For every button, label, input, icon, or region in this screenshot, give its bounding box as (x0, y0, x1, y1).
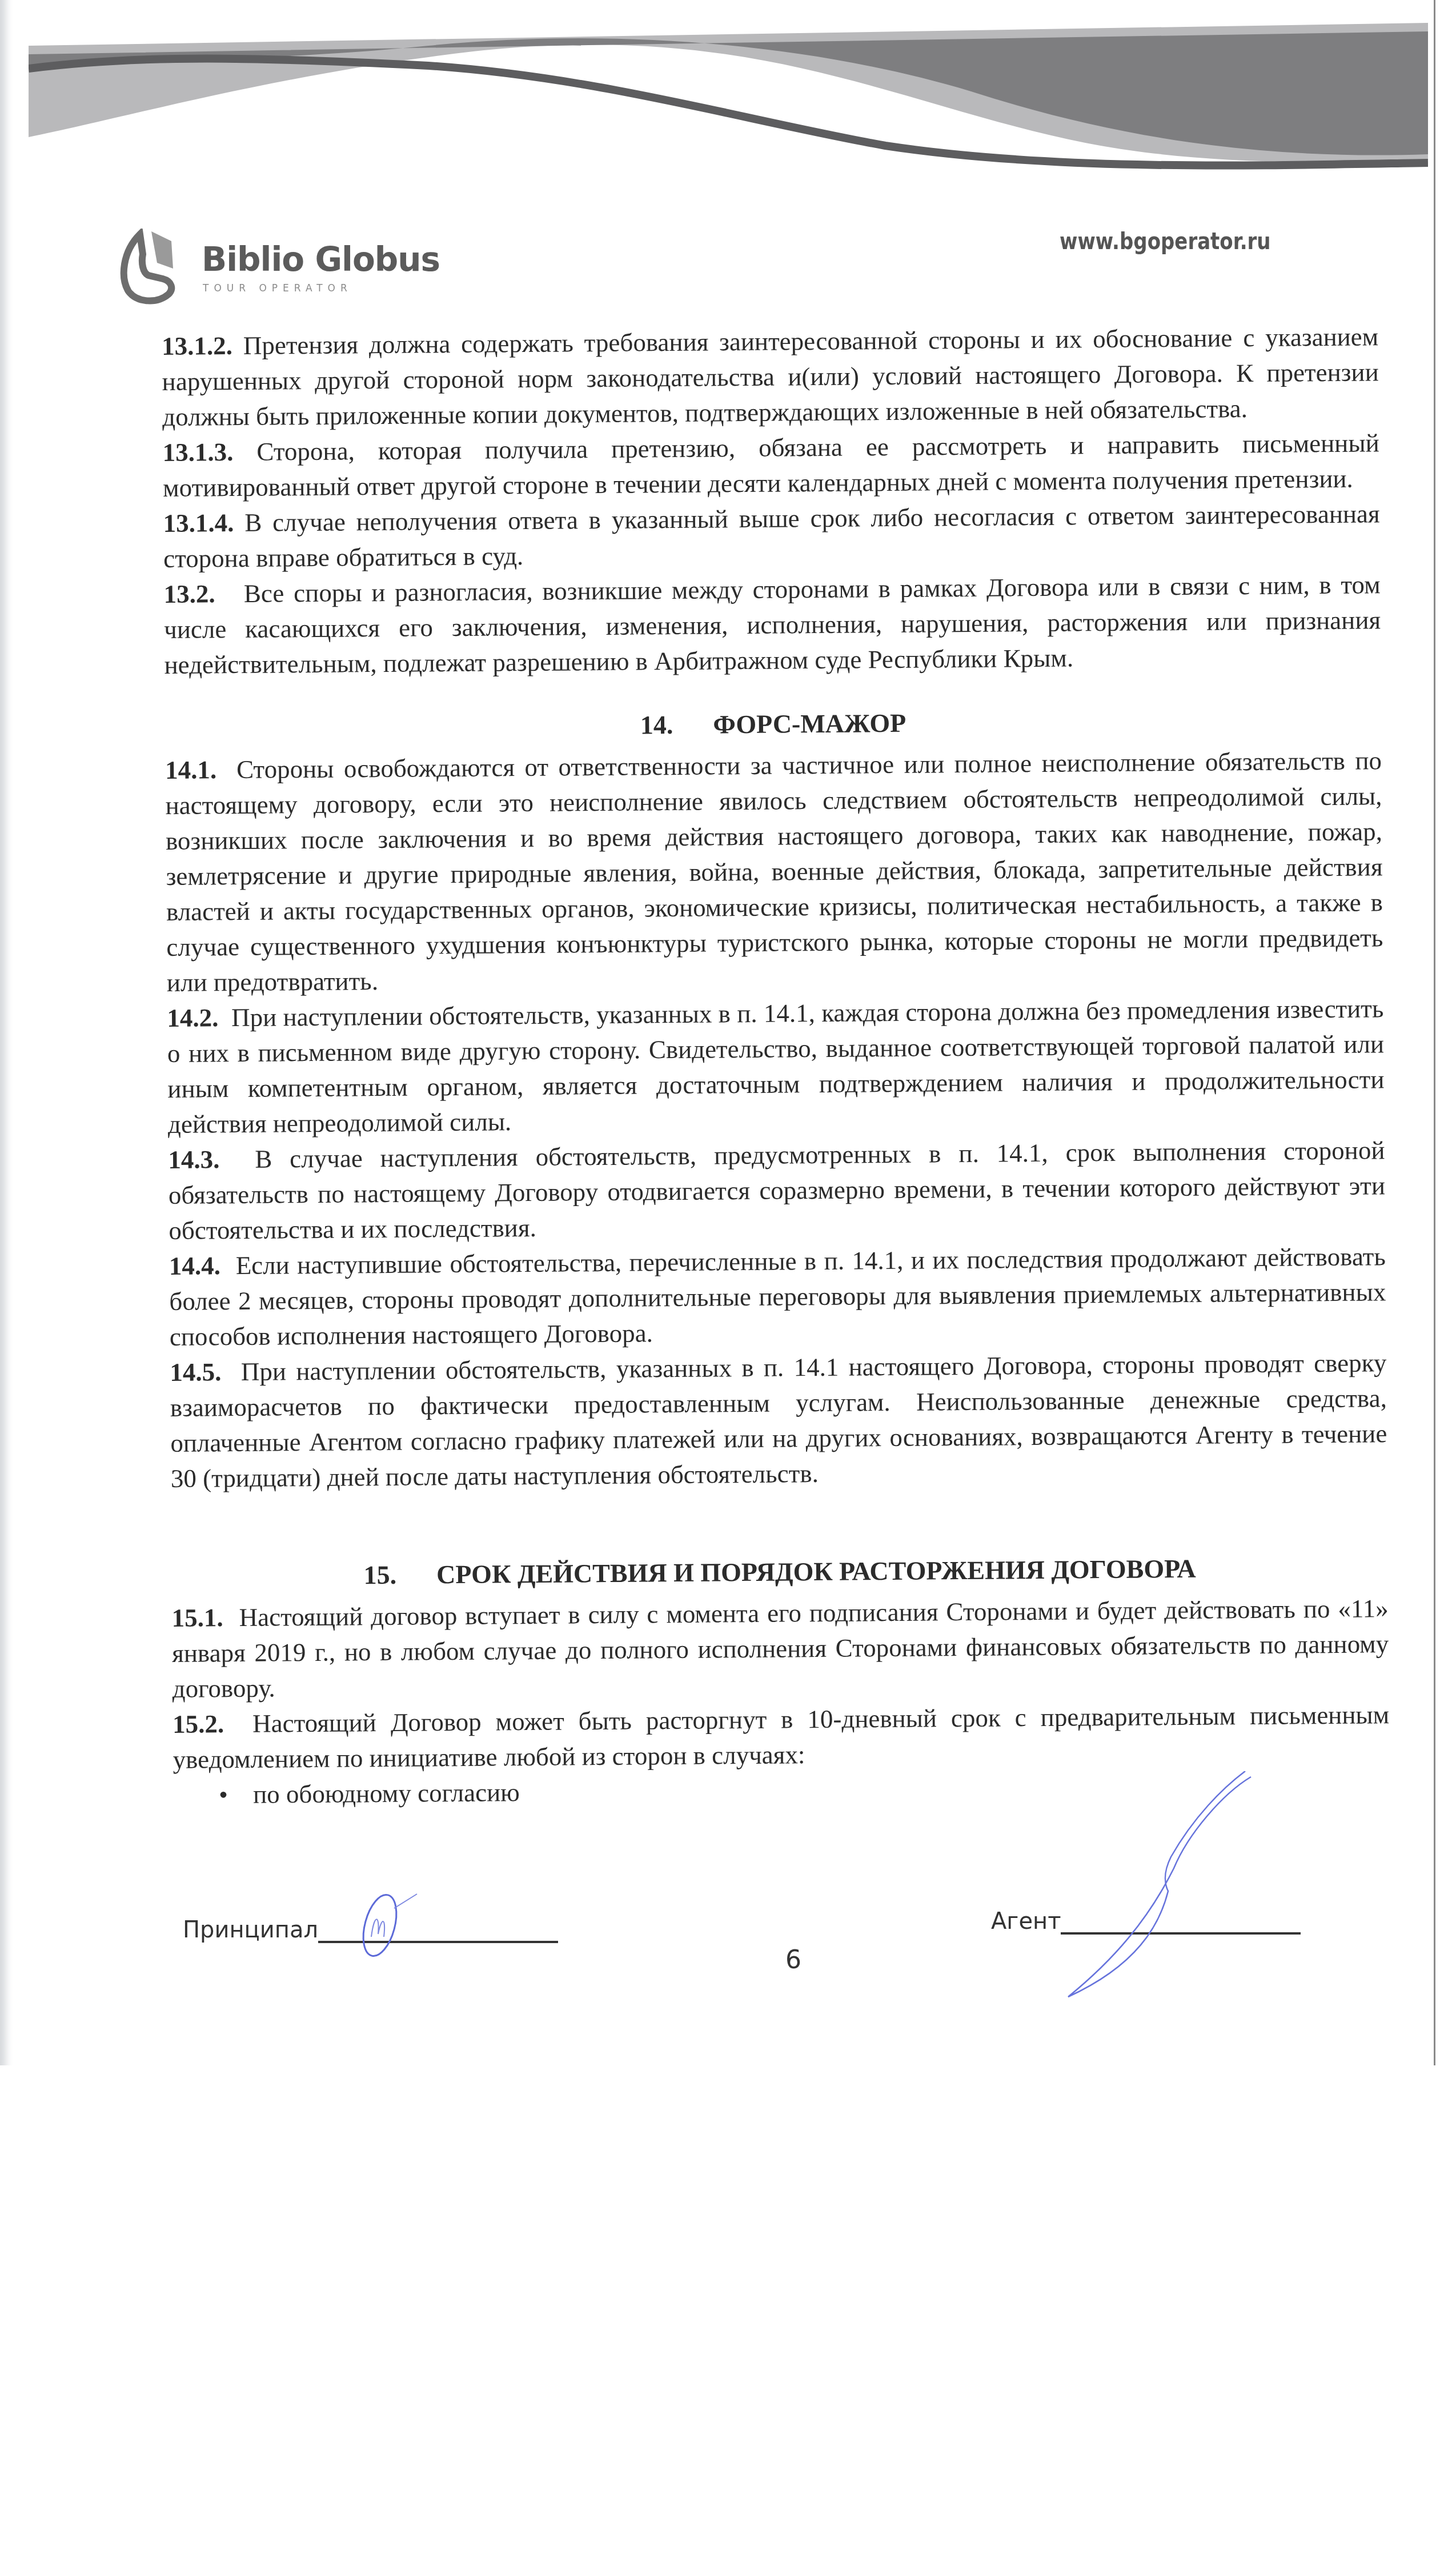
clause-14-2: 14.2. При наступлении обстоятельств, ука… (167, 991, 1385, 1142)
principal-label: Принципал (183, 1917, 318, 1943)
clause-15-2: 15.2. Настоящий Договор может быть расто… (173, 1697, 1390, 1777)
document-page: Biblio Globus TOUR OPERATOR www.bgoperat… (0, 0, 1435, 2065)
spacer (171, 1487, 1388, 1559)
header-wave-graphic (29, 23, 1428, 183)
biblio-globus-logo-icon (117, 229, 186, 306)
clause-14-4: 14.4. Если наступившие обстоятельства, п… (169, 1239, 1386, 1355)
contract-body: 13.1.2. Претензия должна содержать требо… (162, 319, 1390, 1813)
brand-name: Biblio Globus (202, 240, 440, 279)
website-url: www.bgoperator.ru (1060, 229, 1271, 255)
page-number: 6 (785, 1945, 801, 1975)
clause-14-1: 14.1. Стороны освобождаются от ответстве… (165, 743, 1383, 1000)
clause-13-1-4: 13.1.4. В случае неполучения ответа в ук… (163, 496, 1380, 576)
clause-13-1-2: 13.1.2. Претензия должна содержать требо… (162, 319, 1379, 435)
brand-subtitle: TOUR OPERATOR (203, 283, 352, 294)
section-14-heading: 14.ФОРС-МАЖОР (165, 702, 1381, 747)
clause-13-2: 13.2. Все споры и разногласия, возникшие… (163, 567, 1381, 683)
principal-signature-icon (348, 1891, 423, 1965)
clause-14-3: 14.3. В случае наступления обстоятельств… (168, 1132, 1385, 1248)
clause-15-1: 15.1. Настоящий договор вступает в силу … (171, 1591, 1389, 1707)
clause-13-1-3: 13.1.3. Сторона, которая получила претен… (162, 425, 1379, 506)
agent-signature-icon (1051, 1771, 1257, 2000)
clause-14-5: 14.5. При наступлении обстоятельств, ука… (170, 1345, 1387, 1496)
